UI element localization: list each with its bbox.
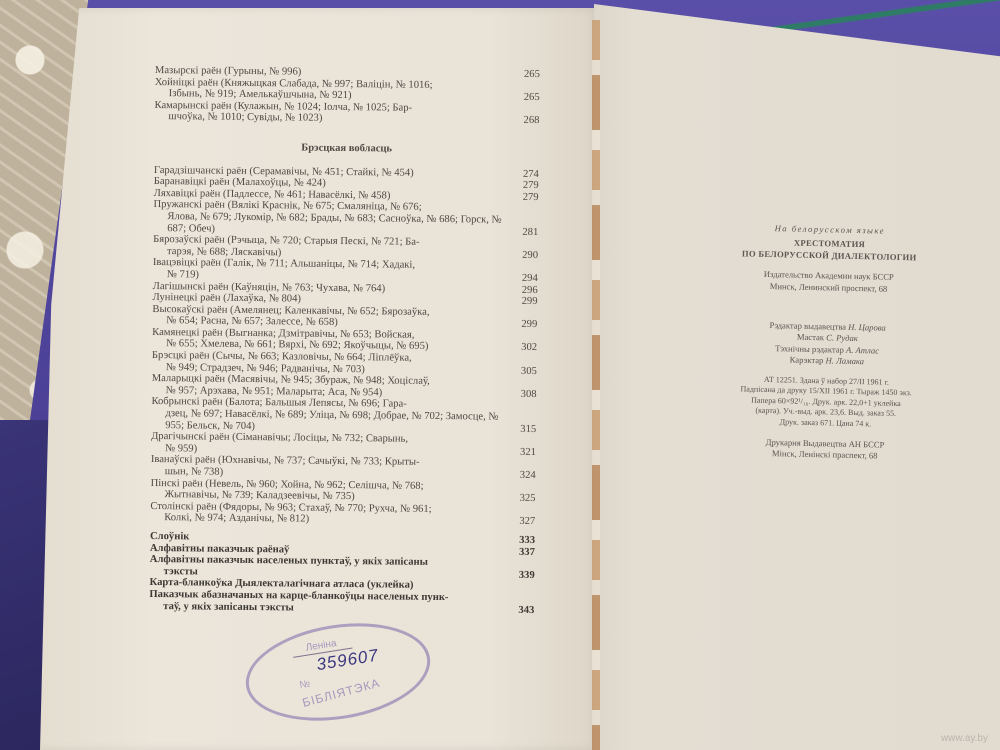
toc-page-number: 268	[513, 115, 539, 127]
watermark: www.ay.by	[941, 733, 988, 744]
toc-page-number: 337	[509, 546, 535, 558]
toc-page-number: 343	[508, 604, 534, 616]
toc-page-number: 305	[511, 365, 537, 377]
toc-page-number: 299	[511, 319, 537, 331]
toc-page-number: 294	[512, 273, 538, 285]
toc-page-number: 274	[513, 168, 539, 180]
credit-name: С. Рудак	[826, 333, 858, 344]
toc-entry: Пружанскі раён (Вялікі Краснік, № 675; С…	[153, 199, 538, 238]
toc-entry-continuation: шчоўка, № 1010; Сувіды, № 1023)	[154, 111, 509, 126]
toc-page-number: 265	[514, 69, 540, 81]
toc-page-number: 299	[511, 296, 537, 308]
stamp-library-text: БІБЛІЯТЭКА	[301, 676, 382, 710]
toc-page-number: 321	[510, 447, 536, 459]
toc-page-number: 324	[510, 470, 536, 482]
toc-page-number: 339	[509, 569, 535, 581]
toc-entry: Камарынскі раён (Кулажын, № 1024; Іолча,…	[154, 100, 539, 127]
print-details: АТ 12251. Здана ў набор 27/II 1961 г.Пад…	[720, 374, 931, 432]
credit-name: Н. Ламака	[825, 356, 864, 367]
stamp-number-prefix: №	[299, 679, 311, 692]
credit-role: Тэхнічны рэдактар	[775, 343, 846, 355]
toc-page-number: 315	[510, 423, 536, 435]
credit-role: Карэктар	[790, 355, 826, 366]
toc-group-gomel: Мазырскі раён (Гурыны, № 996)265Хойніцкі…	[154, 65, 540, 127]
toc-page-number: 279	[513, 180, 539, 192]
toc-entry: Паказчык абазначаных на карце-бланкоўцы …	[149, 589, 534, 616]
credit-name: А. Атлас	[846, 345, 879, 356]
toc-entry: Столінскі раён (Фядоры, № 963; Стахаў, №…	[150, 501, 535, 528]
credit-role: Мастак	[797, 332, 827, 343]
credit-name: Н. Царова	[848, 322, 886, 333]
toc-page-number: 327	[509, 516, 535, 528]
book-spine	[592, 20, 600, 750]
credit-role: Рэдактар выдавецтва	[769, 320, 848, 332]
toc-page-number: 302	[511, 342, 537, 354]
section-title: Брэсцкая вобласць	[154, 141, 539, 157]
toc-page-number: 308	[511, 389, 537, 401]
colophon: На белорусском языке ХРЕСТОМАТИЯ ПО БЕЛО…	[720, 222, 935, 463]
toc-page-number: 279	[513, 192, 539, 204]
toc-page-number: 265	[514, 92, 540, 104]
credits: Рэдактар выдавецтва Н. ЦароваМастак С. Р…	[722, 319, 933, 369]
toc-page-number: 281	[512, 226, 538, 238]
toc-group-brest: Гарадзішчанскі раён (Серамавічы, № 451; …	[150, 165, 539, 528]
toc-entry: Кобрынскі раён (Балота; Бальшыя Лепясы, …	[151, 396, 536, 435]
toc-page-number: 333	[509, 535, 535, 547]
toc-page-number: 290	[512, 249, 538, 261]
toc-group-back-matter: Слоўнік333Алфавітны паказчык раёнаў337Ал…	[149, 531, 535, 616]
table-of-contents: Мазырскі раён (Гурыны, № 996)265Хойніцкі…	[149, 65, 540, 616]
toc-page-number: 325	[509, 493, 535, 505]
toc-page-number: 296	[512, 284, 538, 296]
